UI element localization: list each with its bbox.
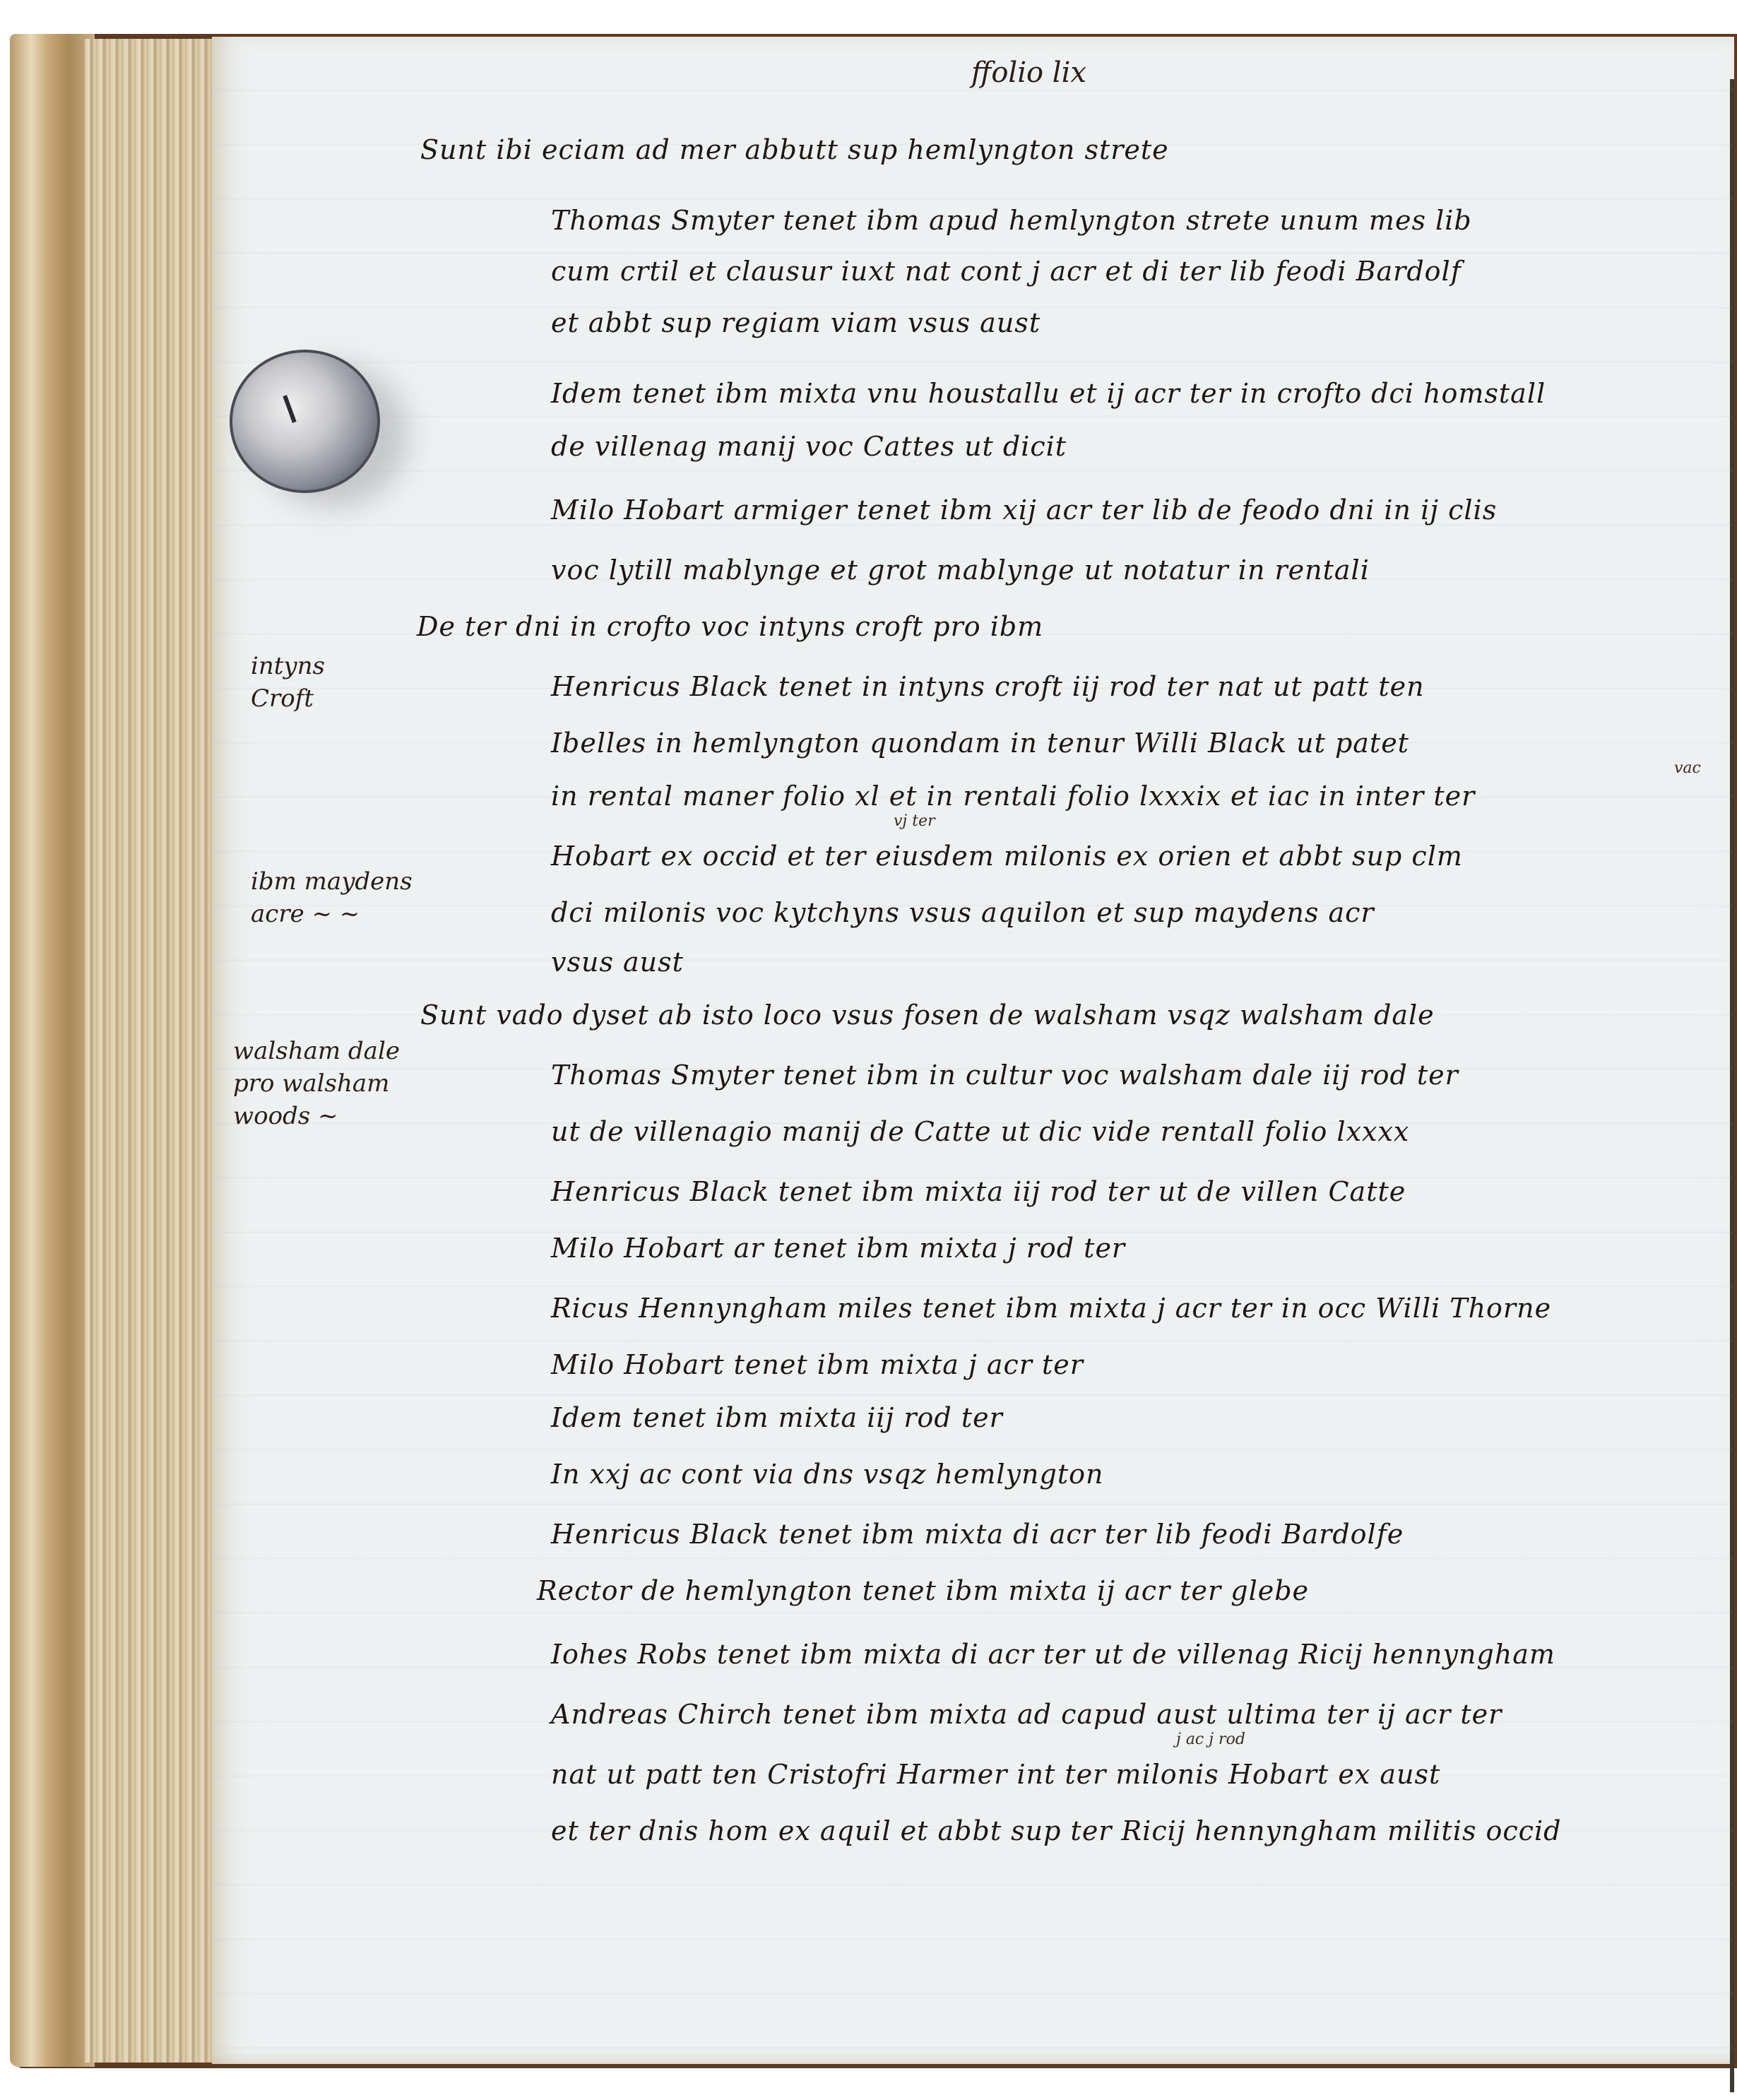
page-right-edge	[1730, 79, 1734, 2092]
manuscript-line: et abbt sup regiam viam vsus aust	[551, 307, 1041, 338]
folio-heading: ffolio lix	[971, 57, 1086, 89]
manuscript-line: vsus aust	[551, 947, 684, 978]
manuscript-line: Thomas Smyter tenet ibm apud hemlyngton …	[551, 205, 1472, 236]
manuscript-line: Henricus Black tenet ibm mixta di acr te…	[551, 1519, 1404, 1550]
manuscript-line: Idem tenet ibm mixta iij rod ter	[551, 1402, 1003, 1433]
manuscript-line: dci milonis voc kytchyns vsus aquilon et…	[551, 897, 1375, 928]
manuscript-line: Idem tenet ibm mixta vnu houstallu et ij…	[551, 378, 1546, 409]
manuscript-line: nat ut patt ten Cristofri Harmer int ter…	[551, 1759, 1440, 1790]
manuscript-line: Thomas Smyter tenet ibm in cultur voc wa…	[551, 1060, 1459, 1091]
margin-note: walsham dale pro walsham woods ~	[233, 1035, 400, 1132]
manuscript-line: Rector de hemlyngton tenet ibm mixta ij …	[537, 1575, 1309, 1606]
manuscript-line: in rental maner folio xl et in rentali f…	[551, 781, 1475, 812]
manuscript-line: Milo Hobart armiger tenet ibm xij acr te…	[551, 494, 1497, 526]
manuscript-line: Sunt ibi eciam ad mer abbutt sup hemlyng…	[420, 134, 1169, 165]
manuscript-line: voc lytill mablynge et grot mablynge ut …	[551, 554, 1370, 586]
page-edges	[85, 39, 226, 2063]
margin-note: ibm maydens acre ~ ~	[251, 865, 413, 930]
manuscript-line: Ricus Hennyngham miles tenet ibm mixta j…	[551, 1293, 1551, 1324]
manuscript-line: cum crtil et clausur iuxt nat cont j acr…	[551, 256, 1462, 287]
manuscript-line: Sunt vado dyset ab isto loco vsus fosen …	[420, 999, 1435, 1031]
manuscript-line: Hobart ex occid et ter eiusdem milonis e…	[551, 841, 1463, 872]
manuscript-line: De ter dni in crofto voc intyns croft pr…	[417, 611, 1043, 642]
interlinear-note: j ac j rod	[1176, 1731, 1245, 1748]
metal-weight-icon	[230, 350, 380, 493]
book-spine	[10, 34, 95, 2067]
manuscript-line: Iohes Robs tenet ibm mixta di acr ter ut…	[551, 1639, 1555, 1670]
interlinear-note: vac	[1674, 759, 1701, 777]
manuscript-line: Milo Hobart tenet ibm mixta j acr ter	[551, 1349, 1084, 1380]
manuscript-line: Ibelles in hemlyngton quondam in tenur W…	[551, 728, 1409, 759]
margin-note: intyns Croft	[251, 650, 325, 715]
manuscript-line: et ter dnis hom ex aquil et abbt sup ter…	[551, 1815, 1561, 1846]
manuscript-line: Andreas Chirch tenet ibm mixta ad capud …	[551, 1699, 1502, 1730]
manuscript-line: Henricus Black tenet ibm mixta iij rod t…	[551, 1176, 1406, 1207]
interlinear-note: vj ter	[894, 812, 935, 830]
manuscript-line: Henricus Black tenet in intyns croft iij…	[551, 671, 1425, 702]
manuscript-line: de villenag manij voc Cattes ut dicit	[551, 431, 1067, 462]
manuscript-line: In xxj ac cont via dns vsqz hemlyngton	[551, 1459, 1103, 1490]
manuscript-line: Milo Hobart ar tenet ibm mixta j rod ter	[551, 1233, 1125, 1264]
manuscript-line: ut de villenagio manij de Catte ut dic v…	[551, 1116, 1409, 1147]
